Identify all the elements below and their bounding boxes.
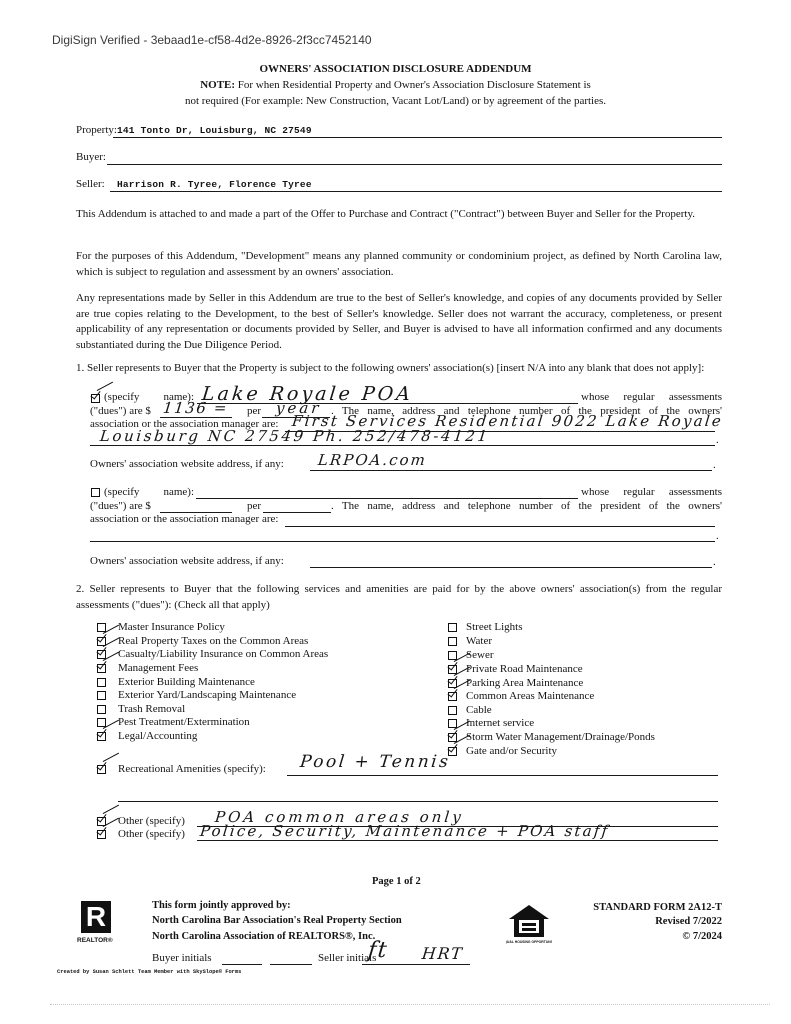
- service-label: Casualty/Liability Insurance on Common A…: [118, 648, 328, 661]
- service-checkbox-water[interactable]: [448, 637, 457, 646]
- period-mark: .: [713, 556, 716, 569]
- recreational-value: Pool + Tennis: [299, 752, 451, 772]
- approved-line-3: North Carolina Association of REALTORS®,…: [152, 930, 375, 943]
- realtor-logo-text: REALTOR®: [77, 937, 113, 944]
- service-label: Management Fees: [118, 662, 198, 675]
- service-label: Sewer: [466, 649, 494, 662]
- service-checkbox-cable[interactable]: [448, 706, 457, 715]
- service-label: Gate and/or Security: [466, 745, 557, 758]
- manager-label: association or the association manager a…: [90, 513, 278, 526]
- service-label: Real Property Taxes on the Common Areas: [118, 635, 308, 648]
- service-label: Master Insurance Policy: [118, 621, 225, 634]
- whose-regular-label: whose regular assessments: [581, 391, 722, 404]
- buyer-initials-label: Buyer initials: [152, 952, 212, 965]
- recreational-checkbox[interactable]: [97, 765, 106, 774]
- service-label: Trash Removal: [118, 703, 185, 716]
- recreational-label: Recreational Amenities (specify):: [118, 763, 266, 776]
- form-name: STANDARD FORM 2A12-T: [520, 901, 722, 914]
- name-address-label: . The name, address and telephone number…: [331, 500, 722, 513]
- association-2-name-field[interactable]: [196, 487, 578, 499]
- paragraph-development: For the purposes of this Addendum, "Deve…: [76, 249, 722, 280]
- period-mark: .: [716, 434, 719, 447]
- association-2-dues-field[interactable]: [160, 501, 232, 513]
- service-label: Exterior Yard/Landscaping Maintenance: [118, 689, 296, 702]
- realtor-logo-icon: R: [81, 901, 111, 933]
- seller-initials-1: ft: [367, 938, 390, 963]
- approved-line-2: North Carolina Bar Association's Real Pr…: [152, 914, 402, 927]
- service-checkbox-common-areas[interactable]: [448, 692, 457, 701]
- specify-name-label: (specify name):: [104, 486, 194, 499]
- note-line-2: not required (For example: New Construct…: [0, 95, 791, 108]
- paragraph-addendum: This Addendum is attached to and made a …: [76, 207, 722, 223]
- service-checkbox-exterior-building[interactable]: [97, 678, 106, 687]
- section-2-text: 2. Seller represents to Buyer that the f…: [76, 582, 722, 613]
- association-2-contact-field-2[interactable]: [90, 530, 715, 542]
- other-1-label: Other (specify): [118, 815, 185, 828]
- form-copyright: © 7/2024: [520, 930, 722, 943]
- service-checkbox-trash-removal[interactable]: [97, 705, 106, 714]
- buyer-initials-field-2[interactable]: [270, 953, 312, 965]
- created-by-note: Created by Susan Schlett Team Member wit…: [57, 969, 241, 975]
- seller-initials-2: HRT: [421, 944, 464, 963]
- document-page: DigiSign Verified - 3ebaad1e-cf58-4d2e-8…: [0, 0, 791, 1024]
- buyer-initials-field-1[interactable]: [222, 953, 262, 965]
- seller-value: Harrison R. Tyree, Florence Tyree: [117, 179, 312, 190]
- service-label: Street Lights: [466, 621, 523, 634]
- other-2-value: Police, Security, Maintenance + POA staf…: [199, 822, 610, 840]
- service-label: Exterior Building Maintenance: [118, 676, 255, 689]
- service-label: Water: [466, 635, 492, 648]
- property-value: 141 Tonto Dr, Louisburg, NC 27549: [117, 125, 312, 136]
- association-1-checkbox[interactable]: [91, 394, 100, 403]
- other-2-label: Other (specify): [118, 828, 185, 841]
- service-label: Parking Area Maintenance: [466, 677, 583, 690]
- association-2-checkbox[interactable]: [91, 488, 100, 497]
- form-revised: Revised 7/2022: [520, 915, 722, 928]
- buyer-field[interactable]: [107, 153, 722, 165]
- buyer-label: Buyer:: [76, 151, 106, 164]
- association-1-contact-2: Louisburg NC 27549 Ph. 252/478-4121: [99, 427, 491, 445]
- approved-line-1: This form jointly approved by:: [152, 899, 291, 912]
- note-text: For when Residential Property and Owner'…: [238, 79, 591, 91]
- service-label: Cable: [466, 704, 492, 717]
- website-label: Owners' association website address, if …: [90, 555, 284, 568]
- note-label: NOTE:: [200, 79, 235, 91]
- service-label: Common Areas Maintenance: [466, 690, 594, 703]
- service-checkbox-management-fees[interactable]: [97, 664, 106, 673]
- page-number: Page 1 of 2: [372, 875, 421, 888]
- service-label: Storm Water Management/Drainage/Ponds: [466, 731, 655, 744]
- realtor-logo-letter: R: [81, 902, 111, 932]
- association-2-contact-field-1[interactable]: [285, 515, 715, 527]
- document-title: OWNERS' ASSOCIATION DISCLOSURE ADDENDUM: [0, 63, 791, 76]
- per-label: per: [247, 405, 261, 418]
- website-label: Owners' association website address, if …: [90, 458, 284, 471]
- whose-regular-label: whose regular assessments: [581, 486, 722, 499]
- service-label: Internet service: [466, 717, 534, 730]
- period-mark: .: [713, 459, 716, 472]
- service-label: Legal/Accounting: [118, 730, 197, 743]
- seller-label: Seller:: [76, 178, 105, 191]
- association-2-period-field[interactable]: [263, 501, 331, 513]
- association-2-website-field[interactable]: [310, 556, 712, 568]
- service-label: Private Road Maintenance: [466, 663, 583, 676]
- dues-label: ("dues") are $: [90, 405, 151, 418]
- service-checkbox-exterior-yard[interactable]: [97, 691, 106, 700]
- per-label: per: [247, 500, 261, 513]
- service-label: Pest Treatment/Extermination: [118, 716, 250, 729]
- scan-footer-line: [50, 1004, 770, 1005]
- verification-stamp: DigiSign Verified - 3ebaad1e-cf58-4d2e-8…: [52, 33, 372, 47]
- dues-label: ("dues") are $: [90, 500, 151, 513]
- property-label: Property:: [76, 124, 117, 137]
- association-1-dues: 1136 =: [162, 399, 229, 417]
- service-checkbox-legal-accounting[interactable]: [97, 732, 106, 741]
- section-1-text: 1. Seller represents to Buyer that the P…: [76, 361, 722, 377]
- paragraph-representations: Any representations made by Seller in th…: [76, 291, 722, 353]
- period-mark: .: [716, 530, 719, 543]
- recreational-field-line-2[interactable]: [118, 790, 718, 802]
- other-2-checkbox[interactable]: [97, 830, 106, 839]
- note-line-1: NOTE: For when Residential Property and …: [0, 79, 791, 92]
- service-checkbox-street-lights[interactable]: [448, 623, 457, 632]
- association-1-website: LRPOA.com: [317, 451, 428, 469]
